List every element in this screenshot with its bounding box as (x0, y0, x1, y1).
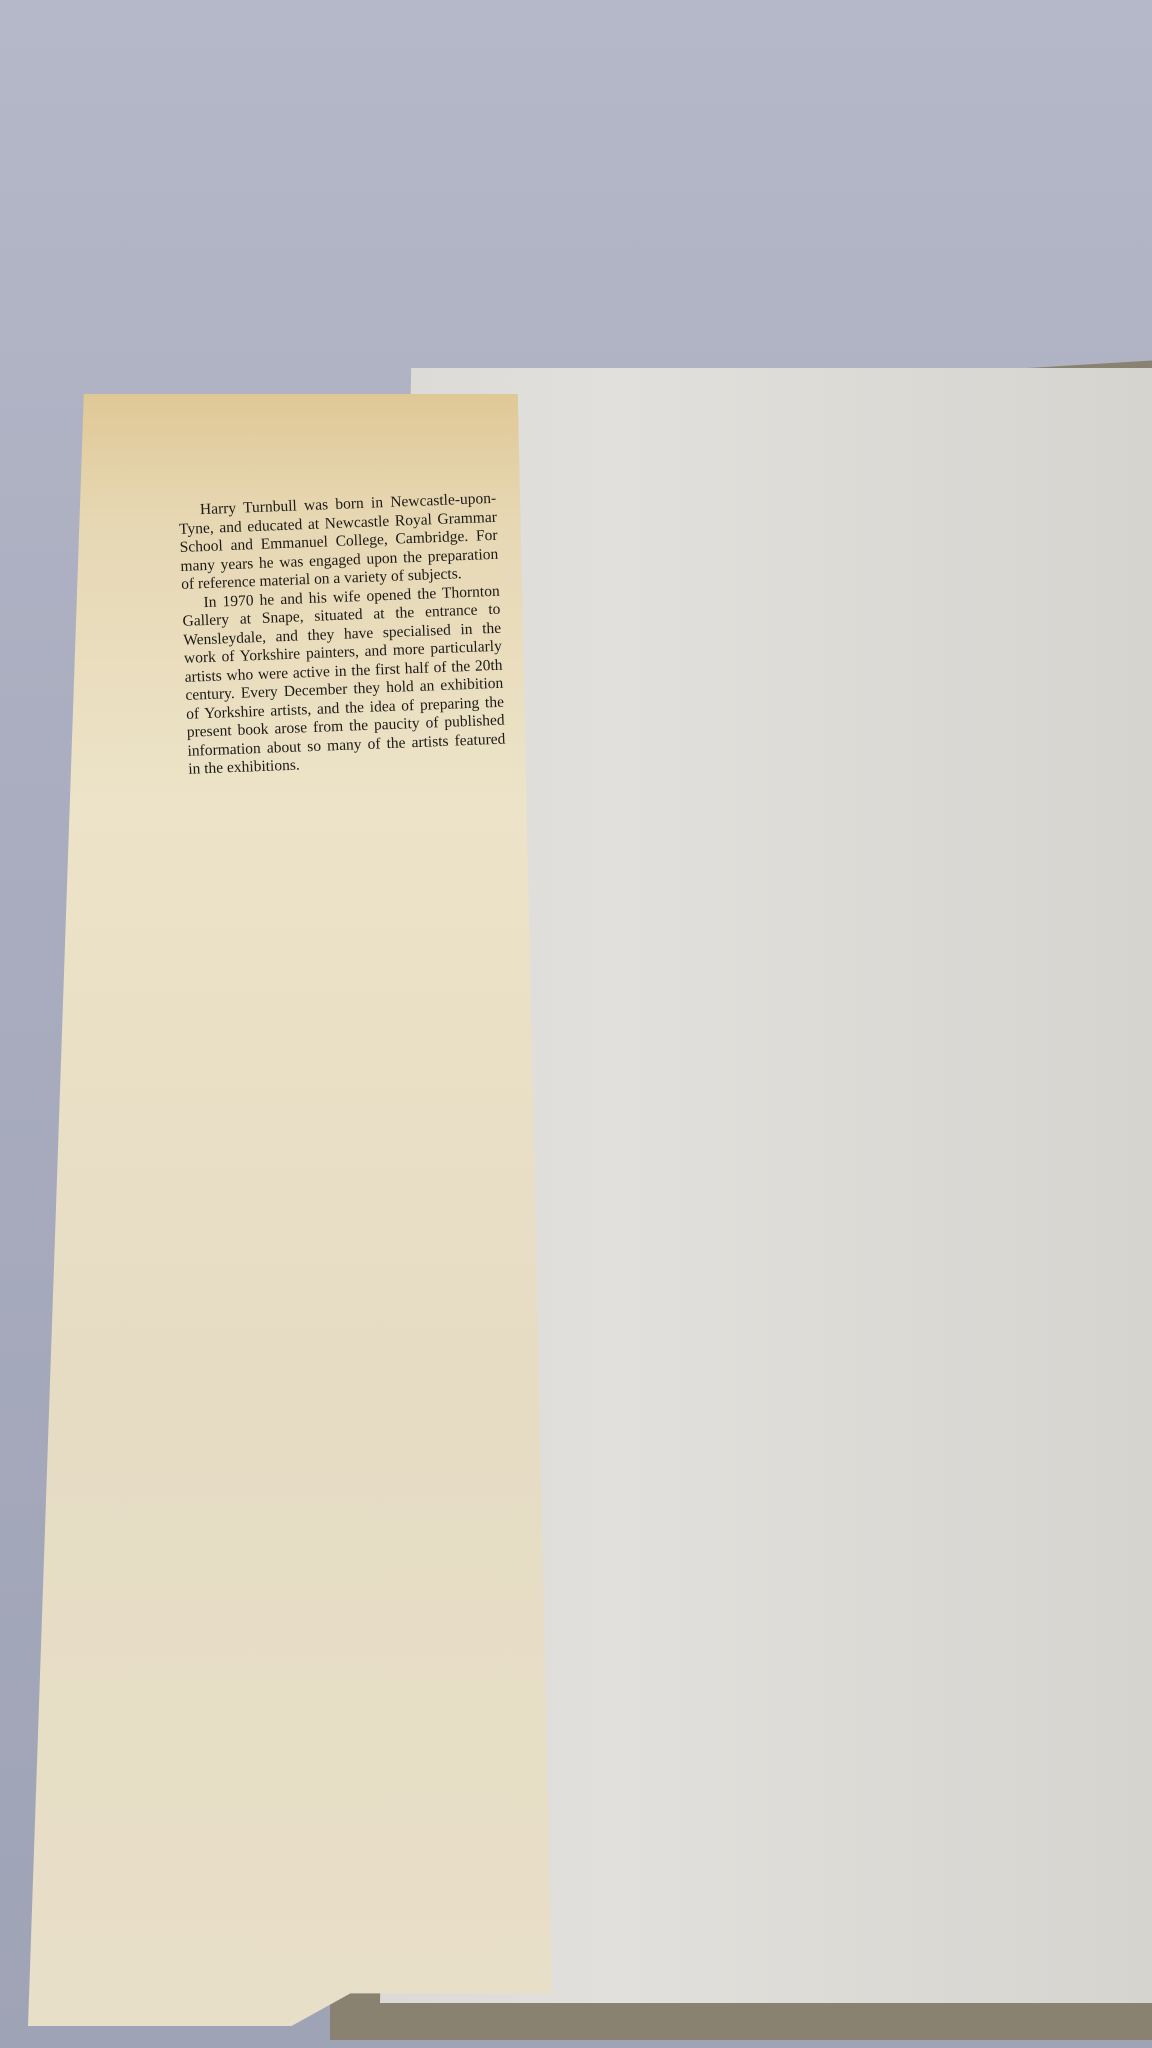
biography-paragraph-2: In 1970 he and his wife opened the Thorn… (182, 582, 507, 779)
biography-paragraph-1: Harry Turnbull was born in Newcastle-upo… (178, 490, 499, 595)
author-biography: Harry Turnbull was born in Newcastle-upo… (178, 490, 506, 780)
photo-scene: Harry Turnbull was born in Newcastle-upo… (0, 0, 1152, 2048)
